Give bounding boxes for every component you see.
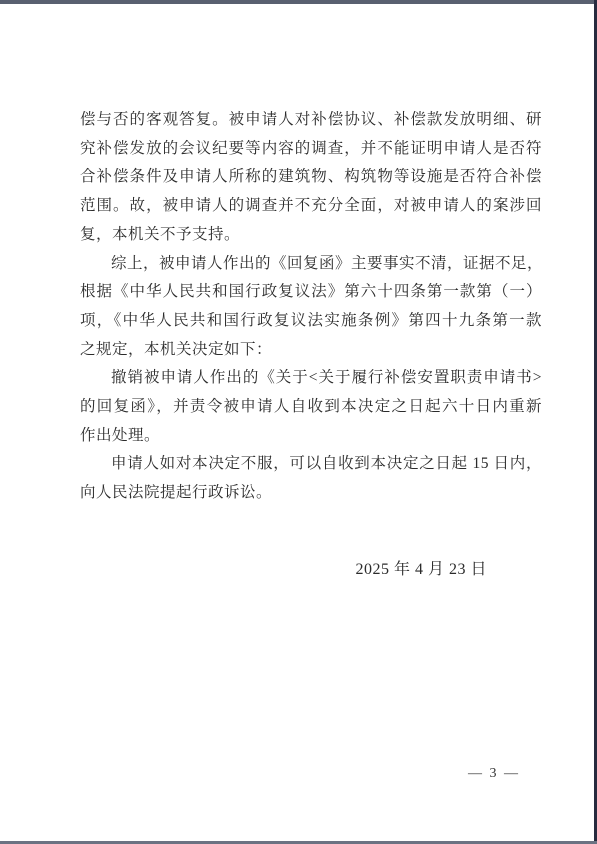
paragraph: 综上，被申请人作出的《回复函》主要事实不清，证据不足， 根据《中华人民共和国行政… bbox=[80, 250, 542, 365]
document-line: 向人民法院提起行政诉讼。 bbox=[80, 479, 542, 508]
document-line: 之规定，本机关决定如下： bbox=[80, 336, 542, 365]
document-line: 综上，被申请人作出的《回复函》主要事实不清，证据不足， bbox=[80, 250, 542, 279]
paragraph: 偿与否的客观答复。被申请人对补偿协议、补偿款发放明细、研 究补偿发放的会议纪要等… bbox=[80, 106, 542, 250]
document-page: 偿与否的客观答复。被申请人对补偿协议、补偿款发放明细、研 究补偿发放的会议纪要等… bbox=[0, 0, 597, 844]
date-line: 2025 年 4 月 23 日 bbox=[80, 556, 542, 585]
document-line: 的回复函》，并责令被申请人自收到本决定之日起六十日内重新 bbox=[80, 393, 542, 422]
page-number: — 3 — bbox=[468, 766, 520, 782]
document-line: 偿与否的客观答复。被申请人对补偿协议、补偿款发放明细、研 bbox=[80, 106, 542, 135]
document-line: 究补偿发放的会议纪要等内容的调查，并不能证明申请人是否符 bbox=[80, 135, 542, 164]
document-line: 范围。故，被申请人的调查并不充分全面，对被申请人的案涉回 bbox=[80, 192, 542, 221]
paragraph: 撤销被申请人作出的《关于<关于履行补偿安置职责申请书> 的回复函》，并责令被申请… bbox=[80, 364, 542, 450]
document-line: 合补偿条件及申请人所称的建筑物、构筑物等设施是否符合补偿 bbox=[80, 163, 542, 192]
document-line: 根据《中华人民共和国行政复议法》第六十四条第一款第（一） bbox=[80, 278, 542, 307]
document-line: 撤销被申请人作出的《关于<关于履行补偿安置职责申请书> bbox=[80, 364, 542, 393]
paragraph: 申请人如对本决定不服，可以自收到本决定之日起 15 日内， 向人民法院提起行政诉… bbox=[80, 450, 542, 507]
scan-border-top bbox=[0, 0, 597, 4]
document-line: 复，本机关不予支持。 bbox=[80, 221, 542, 250]
document-line: 作出处理。 bbox=[80, 422, 542, 451]
document-body: 偿与否的客观答复。被申请人对补偿协议、补偿款发放明细、研 究补偿发放的会议纪要等… bbox=[80, 106, 542, 585]
document-line: 申请人如对本决定不服，可以自收到本决定之日起 15 日内， bbox=[80, 450, 542, 479]
document-line: 项，《中华人民共和国行政复议法实施条例》第四十九条第一款 bbox=[80, 307, 542, 336]
